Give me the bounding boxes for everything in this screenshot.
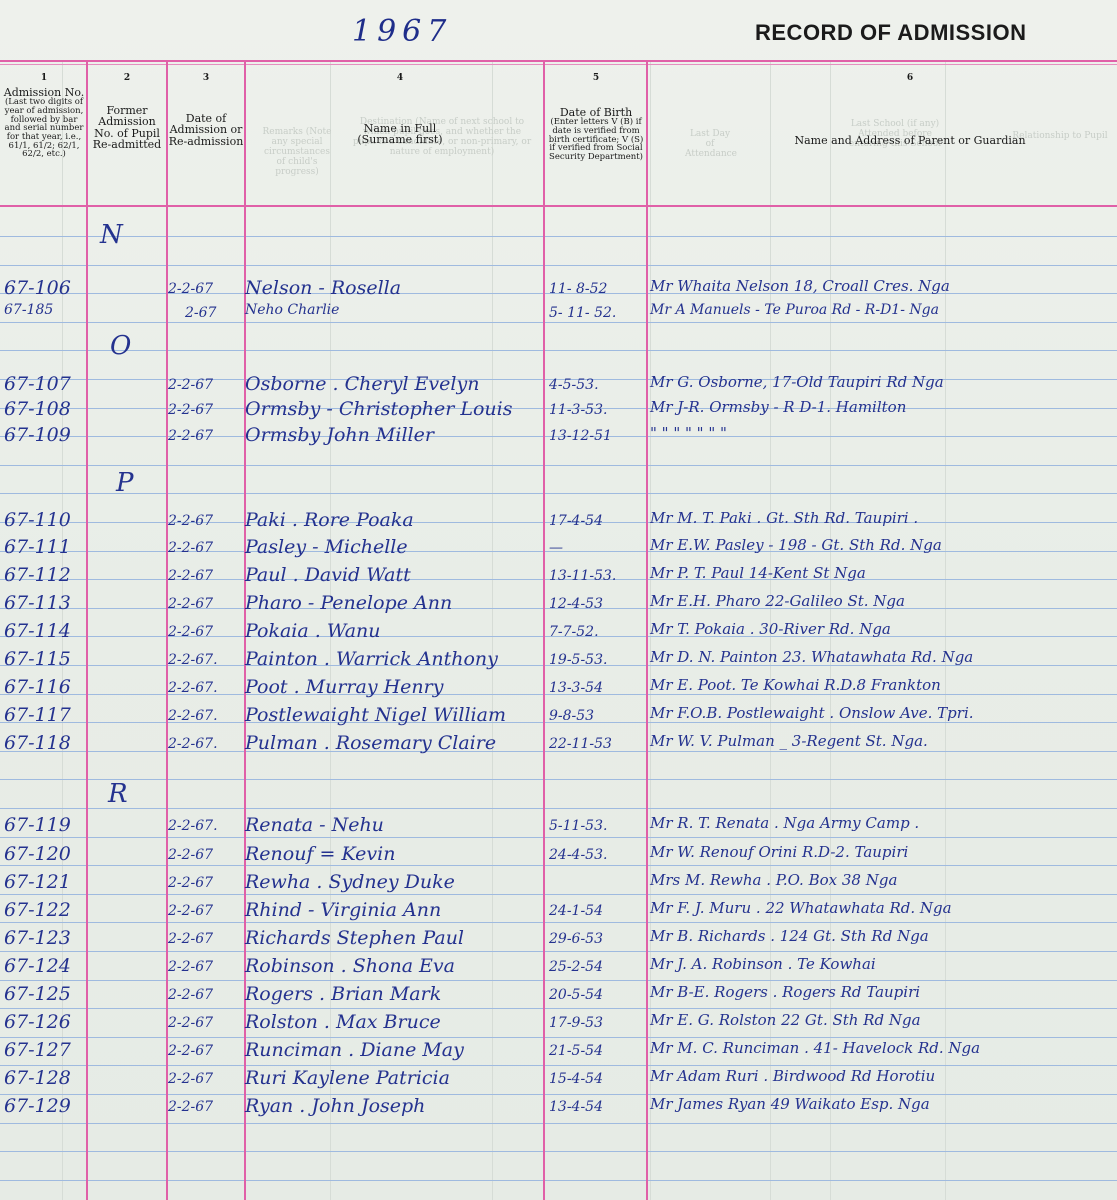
admission-number: 67-117	[4, 706, 71, 725]
parent-name-address: Mr M. T. Paki . Gt. Sth Rd. Taupiri .	[650, 511, 918, 526]
admission-number: 67-124	[4, 957, 71, 976]
pupil-name: Pharo - Penelope Ann	[245, 594, 452, 613]
admission-number: 67-108	[4, 400, 71, 419]
parent-name-address: Mr F.O.B. Postlewaight . Onslow Ave. Tpr…	[650, 706, 974, 721]
column-header-name: 4 Name in Full (Surname first)	[330, 74, 470, 146]
parent-name-address: Mr G. Osborne, 17-Old Taupiri Rd Nga	[650, 375, 944, 390]
date-of-admission: 2-2-67	[168, 1100, 213, 1114]
admission-register-page: 1967 RECORD OF ADMISSION Remarks (Note a…	[0, 0, 1117, 1200]
date-of-birth: 13-12-51	[549, 429, 612, 443]
parent-name-address: Mr B. Richards . 124 Gt. Sth Rd Nga	[650, 929, 929, 944]
date-of-admission: 2-2-67	[168, 988, 213, 1002]
admission-number: 67-129	[4, 1097, 71, 1116]
column-header-date-admission: 3 Date of Admission or Re-admission	[168, 74, 244, 147]
date-of-admission: 2-2-67	[168, 569, 213, 583]
admission-number: 67-110	[4, 511, 71, 530]
pupil-name: Postlewaight Nigel William	[245, 706, 506, 725]
section-letter-r: R	[108, 781, 128, 807]
date-of-admission: 2-2-67	[168, 514, 213, 528]
pupil-name: Ormsby - Christopher Louis	[245, 400, 512, 419]
ghost-header-remarks: Remarks (Note any special circumstances …	[262, 128, 332, 177]
pupil-name: Rewha . Sydney Duke	[245, 873, 455, 892]
date-of-admission: 2-2-67	[168, 848, 213, 862]
admission-number: 67-125	[4, 985, 71, 1004]
parent-name-address: Mr F. J. Muru . 22 Whatawhata Rd. Nga	[650, 901, 952, 916]
admission-number: 67-119	[4, 816, 71, 835]
column-header-dob: 5 Date of Birth (Enter letters V (B) if …	[546, 74, 646, 162]
pupil-name: Robinson . Shona Eva	[245, 957, 455, 976]
column-label: Date of Admission or Re-admission	[168, 113, 244, 147]
date-of-admission: 2-2-67	[168, 403, 213, 417]
date-of-birth: 17-4-54	[549, 514, 603, 528]
pupil-name: Renouf = Kevin	[245, 845, 395, 864]
admission-number: 67-128	[4, 1069, 71, 1088]
column-note: (Enter letters V (B) if date is verified…	[546, 118, 646, 161]
date-of-admission: 2-2-67	[168, 429, 213, 443]
admission-number: 67-123	[4, 929, 71, 948]
date-of-birth: 13-4-54	[549, 1100, 603, 1114]
section-letter-p: P	[116, 470, 134, 496]
date-of-admission: 2-2-67	[168, 1016, 213, 1030]
pupil-name: Rogers . Brian Mark	[245, 985, 441, 1004]
pupil-name: Rolston . Max Bruce	[245, 1013, 441, 1032]
column-number: 1	[2, 74, 86, 83]
column-note: (Last two digits of year of admission, f…	[2, 98, 86, 159]
pupil-name: Ruri Kaylene Patricia	[245, 1069, 450, 1088]
date-of-admission: 2-2-67	[168, 904, 213, 918]
parent-name-address: Mr E.H. Pharo 22-Galileo St. Nga	[650, 594, 905, 609]
admission-number: 67-111	[4, 538, 71, 557]
pupil-name: Runciman . Diane May	[245, 1041, 464, 1060]
date-of-admission: 2-2-67	[168, 876, 213, 890]
parent-name-address: Mr E. G. Rolston 22 Gt. Sth Rd Nga	[650, 1013, 921, 1028]
admission-number: 67-107	[4, 375, 71, 394]
parent-name-address: Mr D. N. Painton 23. Whatawhata Rd. Nga	[650, 650, 973, 665]
parent-name-address: Mr P. T. Paul 14-Kent St Nga	[650, 566, 866, 581]
parent-name-address: Mr J-R. Ormsby - R D-1. Hamilton	[650, 400, 906, 415]
pupil-name: Pokaia . Wanu	[245, 622, 381, 641]
pupil-name: Painton . Warrick Anthony	[245, 650, 498, 669]
pupil-name: Pulman . Rosemary Claire	[245, 734, 496, 753]
admission-number: 67-185	[4, 303, 53, 317]
date-of-birth: 12-4-53	[549, 597, 603, 611]
column-number: 6	[760, 74, 1060, 83]
date-of-admission: 2-2-67	[168, 378, 213, 392]
date-of-admission: 2-2-67.	[168, 653, 218, 667]
pupil-name: Pasley - Michelle	[245, 538, 408, 557]
date-of-birth: 24-4-53.	[549, 848, 607, 862]
parent-name-address: Mr Adam Ruri . Birdwood Rd Horotiu	[650, 1069, 935, 1084]
ghost-header-last-day: Last Day of Attendance	[685, 130, 735, 160]
admission-number: 67-109	[4, 426, 71, 445]
admission-number: 67-126	[4, 1013, 71, 1032]
date-of-admission: 2-2-67	[168, 282, 213, 296]
column-header-parent: 6 Name and Address of Parent or Guardian	[760, 74, 1060, 146]
date-of-admission: 2-2-67	[168, 541, 213, 555]
parent-name-address: Mr Whaita Nelson 18, Croall Cres. Nga	[650, 279, 950, 294]
handwritten-year: 1967	[352, 14, 452, 49]
date-of-birth: 21-5-54	[549, 1044, 603, 1058]
date-of-birth: —	[549, 541, 563, 555]
date-of-birth: 5-11-53.	[549, 819, 607, 833]
admission-number: 67-114	[4, 622, 71, 641]
admission-number: 67-118	[4, 734, 71, 753]
date-of-birth: 11- 8-52	[549, 282, 607, 296]
date-of-admission: 2-2-67	[168, 597, 213, 611]
pupil-name: Ormsby John Miller	[245, 426, 434, 445]
date-of-birth: 5- 11- 52.	[549, 306, 616, 320]
date-of-admission: 2-2-67.	[168, 819, 218, 833]
date-of-admission: 2-2-67	[168, 625, 213, 639]
date-of-admission: 2-2-67	[168, 1044, 213, 1058]
parent-name-address: Mr W. Renouf Orini R.D-2. Taupiri	[650, 845, 908, 860]
parent-name-address: Mr E. Poot. Te Kowhai R.D.8 Frankton	[650, 678, 941, 693]
pupil-name: Renata - Nehu	[245, 816, 384, 835]
parent-name-address: Mr B-E. Rogers . Rogers Rd Taupiri	[650, 985, 920, 1000]
parent-name-address: " " " " " " "	[650, 426, 727, 441]
column-label: Former Admission No. of Pupil Re-admitte…	[88, 105, 166, 150]
date-of-birth: 13-3-54	[549, 681, 603, 695]
date-of-birth: 19-5-53.	[549, 653, 607, 667]
pupil-name: Osborne . Cheryl Evelyn	[245, 375, 479, 394]
date-of-admission: 2-2-67	[168, 932, 213, 946]
admission-number: 67-106	[4, 279, 71, 298]
admission-number: 67-121	[4, 873, 71, 892]
column-header-admission-no: 1 Admission No. (Last two digits of year…	[2, 74, 86, 159]
column-number: 4	[330, 74, 470, 83]
pupil-name: Paki . Rore Poaka	[245, 511, 414, 530]
admission-number: 67-122	[4, 901, 71, 920]
date-of-admission: 2-2-67	[168, 960, 213, 974]
pupil-name: Rhind - Virginia Ann	[245, 901, 441, 920]
parent-name-address: Mr A Manuels - Te Puroa Rd - R-D1- Nga	[650, 303, 939, 317]
date-of-birth: 17-9-53	[549, 1016, 603, 1030]
date-of-admission: 2-2-67.	[168, 681, 218, 695]
admission-number: 67-127	[4, 1041, 71, 1060]
date-of-birth: 9-8-53	[549, 709, 594, 723]
parent-name-address: Mr E.W. Pasley - 198 - Gt. Sth Rd. Nga	[650, 538, 942, 553]
column-note: (Surname first)	[330, 134, 470, 145]
pupil-name: Paul . David Watt	[245, 566, 411, 585]
column-rule	[646, 60, 648, 1200]
parent-name-address: Mr James Ryan 49 Waikato Esp. Nga	[650, 1097, 930, 1112]
ghost-rule	[945, 60, 946, 1200]
pupil-name: Neho Charlie	[245, 303, 339, 317]
date-of-birth: 22-11-53	[549, 737, 612, 751]
date-of-birth: 7-7-52.	[549, 625, 599, 639]
column-number: 2	[88, 74, 166, 83]
date-of-birth: 13-11-53.	[549, 569, 616, 583]
admission-number: 67-116	[4, 678, 71, 697]
pupil-name: Richards Stephen Paul	[245, 929, 464, 948]
pupil-name: Nelson - Rosella	[245, 279, 401, 298]
date-of-birth: 15-4-54	[549, 1072, 603, 1086]
admission-number: 67-112	[4, 566, 71, 585]
admission-number: 67-120	[4, 845, 71, 864]
parent-name-address: Mr M. C. Runciman . 41- Havelock Rd. Nga	[650, 1041, 980, 1056]
admission-number: 67-113	[4, 594, 71, 613]
pupil-name: Poot . Murray Henry	[245, 678, 443, 697]
parent-name-address: Mrs M. Rewha . P.O. Box 38 Nga	[650, 873, 897, 888]
date-of-admission: 2-67	[185, 306, 216, 320]
date-of-admission: 2-2-67.	[168, 709, 218, 723]
parent-name-address: Mr T. Pokaia . 30-River Rd. Nga	[650, 622, 891, 637]
date-of-birth: 11-3-53.	[549, 403, 607, 417]
date-of-birth: 25-2-54	[549, 960, 603, 974]
column-rule	[86, 60, 88, 1200]
date-of-admission: 2-2-67	[168, 1072, 213, 1086]
column-number: 5	[546, 74, 646, 83]
ghost-rule	[492, 60, 493, 1200]
section-letter-n: N	[100, 222, 123, 248]
column-rule	[543, 60, 545, 1200]
parent-name-address: Mr W. V. Pulman _ 3-Regent St. Nga.	[650, 734, 928, 749]
page-title: RECORD OF ADMISSION	[755, 20, 1026, 46]
date-of-birth: 29-6-53	[549, 932, 603, 946]
admission-number: 67-115	[4, 650, 71, 669]
parent-name-address: Mr J. A. Robinson . Te Kowhai	[650, 957, 876, 972]
column-header-former-admission: 2 Former Admission No. of Pupil Re-admit…	[88, 74, 166, 150]
date-of-birth: 20-5-54	[549, 988, 603, 1002]
section-letter-o: O	[110, 333, 131, 359]
parent-name-address: Mr R. T. Renata . Nga Army Camp .	[650, 816, 919, 831]
column-number: 3	[168, 74, 244, 83]
date-of-admission: 2-2-67.	[168, 737, 218, 751]
column-label: Name and Address of Parent or Guardian	[760, 135, 1060, 146]
pupil-name: Ryan . John Joseph	[245, 1097, 425, 1116]
date-of-birth: 24-1-54	[549, 904, 603, 918]
date-of-birth: 4-5-53.	[549, 378, 599, 392]
